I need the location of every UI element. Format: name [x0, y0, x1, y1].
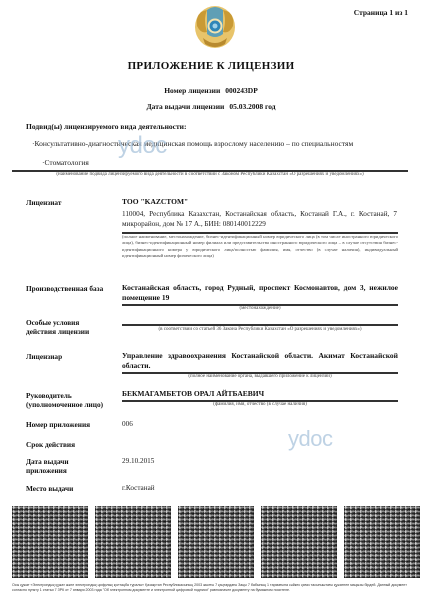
head-label: Руководитель (уполномоченное лицо)	[26, 391, 126, 409]
appendix-date-value: 29.10.2015	[122, 457, 154, 467]
state-emblem-icon	[193, 4, 237, 50]
licensee-label: Лицензиат	[26, 198, 61, 207]
qr-code	[261, 506, 337, 578]
license-number: 000243DP	[225, 86, 258, 95]
qr-code	[95, 506, 171, 578]
licensee-caption: (полное наименование, местонахождение, б…	[122, 234, 398, 260]
licensor-value: Управление здравоохранения Костанайской …	[122, 351, 398, 371]
licensor-caption: (полное наименование органа, выдавшего п…	[122, 374, 398, 380]
document-title: ПРИЛОЖЕНИЕ К ЛИЦЕНЗИИ	[0, 60, 422, 72]
qr-code	[344, 506, 420, 578]
appendix-number-value: 006	[122, 420, 133, 430]
appendix-date-label: Дата выдачи приложения	[26, 457, 106, 475]
qr-code	[12, 506, 88, 578]
license-number-label: Номер лицензии	[164, 86, 220, 95]
subtype-item: ·Консультативно-диагностическая медицинс…	[32, 139, 353, 148]
license-date: 05.03.2008 год	[229, 102, 275, 111]
special-conditions-label: Особые условия действия лицензии	[26, 318, 106, 336]
footer-disclaimer: Осы құжат «Электрондық құжат және электр…	[12, 583, 412, 593]
subtypes-caption: (наименование подвида лицензируемого вид…	[12, 172, 408, 178]
subtype-item: ·Стоматология	[42, 158, 89, 167]
licensee-name: ТОО "KAZCTOM"	[122, 197, 188, 207]
license-date-line: Дата выдачи лицензии05.03.2008 год	[0, 102, 422, 111]
head-caption: (фамилия, имя, отчество (в случае наличи…	[122, 402, 398, 408]
production-base-value: Костанайская область, город Рудный, прос…	[122, 283, 398, 303]
licensee-address: 110004, Республика Казахстан, Костанайск…	[122, 210, 397, 229]
special-conditions-caption: (в соответствии со статьей 36 Закона Рес…	[122, 327, 398, 333]
divider	[122, 324, 398, 326]
watermark: ydoc	[288, 426, 332, 452]
license-number-line: Номер лицензии000243DP	[0, 86, 422, 95]
page-indicator: Страница 1 из 1	[354, 8, 408, 17]
place-value: г.Костанай	[122, 484, 155, 494]
production-base-label: Производственная база	[26, 284, 103, 293]
watermark: ydoc	[118, 132, 167, 160]
licensor-label: Лицензиар	[26, 352, 62, 361]
head-value: БЕКМАГАМБЕТОВ ОРАЛ АЙТБАЕВИЧ	[122, 389, 264, 399]
appendix-number-label: Номер приложения	[26, 420, 90, 429]
place-label: Место выдачи	[26, 484, 73, 493]
validity-label: Срок действия	[26, 440, 75, 449]
license-date-label: Дата выдачи лицензии	[146, 102, 224, 111]
production-base-caption: (местонахождение)	[122, 306, 398, 312]
subtypes-heading: Подвид(ы) лицензируемого вида деятельнос…	[26, 122, 186, 131]
qr-code	[178, 506, 254, 578]
